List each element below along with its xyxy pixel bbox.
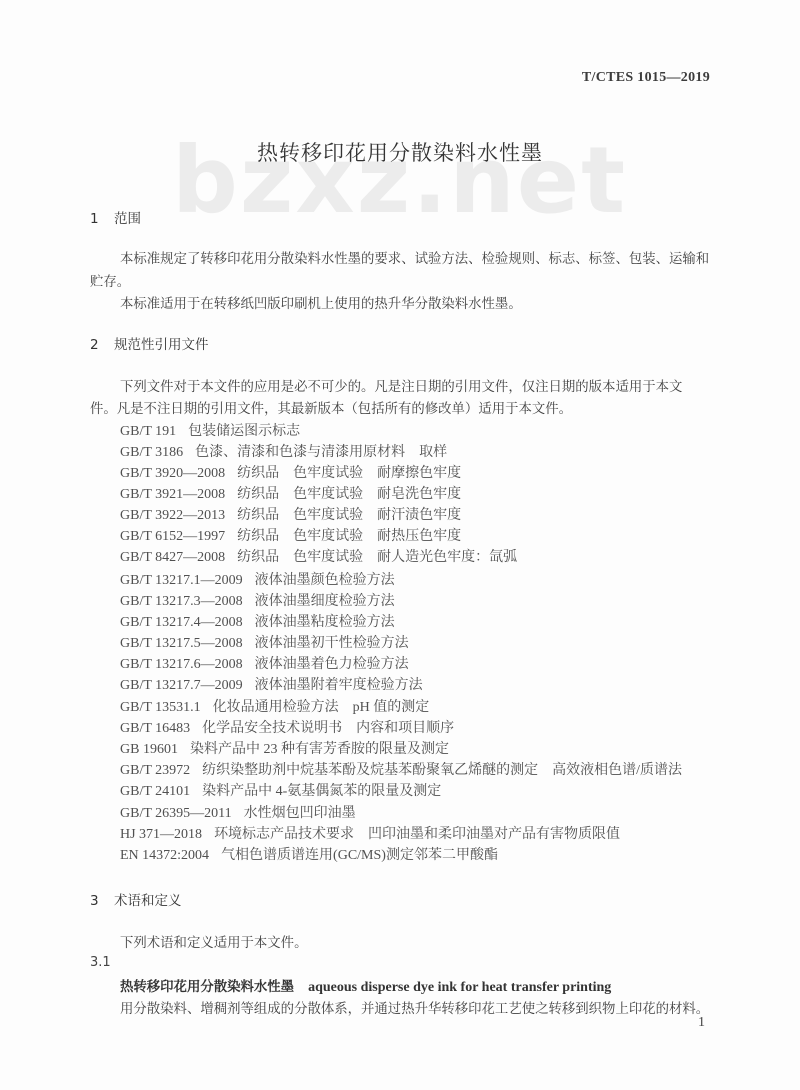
reference-title: 环境标志产品技术要求 凹印油墨和柔印油墨对产品有害物质限值: [214, 827, 620, 842]
paragraph: 本标准规定了转移印花用分散染料水性墨的要求、试验方法、检验规则、标志、标签、包装…: [120, 248, 709, 267]
section-number: 3: [90, 893, 114, 909]
reference-item: GB/T 13217.7—2009液体油墨附着牢度检验方法: [120, 674, 423, 694]
reference-item: GB/T 191包装储运图示标志: [120, 420, 300, 440]
reference-item: GB/T 3922—2013纺织品 色牢度试验 耐汗渍色牢度: [120, 504, 461, 524]
reference-item: EN 14372:2004气相色谱质谱连用(GC/MS)测定邻苯二甲酸酯: [120, 844, 498, 864]
reference-title: 液体油墨细度检验方法: [255, 594, 395, 609]
reference-title: 化学品安全技术说明书 内容和项目顺序: [202, 721, 454, 736]
reference-item: GB/T 24101染料产品中 4-氨基偶氮苯的限量及测定: [120, 780, 441, 800]
reference-item: GB/T 13217.4—2008液体油墨粘度检验方法: [120, 611, 395, 631]
reference-title: 纺织品 色牢度试验 耐汗渍色牢度: [237, 508, 461, 523]
section-title: 规范性引用文件: [114, 337, 209, 353]
reference-item: GB/T 13217.5—2008液体油墨初干性检验方法: [120, 632, 409, 652]
reference-code: GB/T 16483: [120, 721, 190, 737]
reference-title: 纺织品 色牢度试验 耐热压色牢度: [237, 529, 461, 544]
reference-code: GB/T 13217.4—2008: [120, 615, 243, 631]
reference-code: GB/T 3921—2008: [120, 487, 225, 503]
reference-item: GB/T 8427—2008纺织品 色牢度试验 耐人造光色牢度：氙弧: [120, 546, 517, 566]
reference-title: 液体油墨粘度检验方法: [255, 615, 395, 630]
paragraph-continued: 件。凡是不注日期的引用文件，其最新版本（包括所有的修改单）适用于本文件。: [90, 398, 572, 417]
section-2-heading: 2规范性引用文件: [90, 333, 209, 353]
reference-title: 水性烟包凹印油墨: [244, 806, 356, 821]
reference-code: GB/T 13531.1: [120, 700, 201, 716]
reference-code: GB/T 6152—1997: [120, 529, 225, 545]
reference-code: GB/T 26395—2011: [120, 806, 232, 822]
term-number: 3.1: [90, 955, 111, 970]
reference-code: GB/T 13217.5—2008: [120, 636, 243, 652]
reference-code: GB/T 24101: [120, 784, 190, 800]
reference-title: 染料产品中 23 种有害芳香胺的限量及测定: [190, 742, 449, 757]
term-chinese: 热转移印花用分散染料水性墨: [120, 980, 294, 995]
reference-title: 染料产品中 4-氨基偶氮苯的限量及测定: [202, 784, 441, 799]
reference-code: EN 14372:2004: [120, 848, 209, 864]
reference-code: GB/T 8427—2008: [120, 550, 225, 566]
reference-code: GB/T 3186: [120, 445, 183, 461]
reference-item: GB/T 23972纺织染整助剂中烷基苯酚及烷基苯酚聚氧乙烯醚的测定 高效液相色…: [120, 759, 682, 779]
reference-item: GB/T 26395—2011水性烟包凹印油墨: [120, 802, 356, 822]
reference-code: GB/T 3920—2008: [120, 466, 225, 482]
reference-item: GB/T 13217.6—2008液体油墨着色力检验方法: [120, 653, 409, 673]
section-1-heading: 1范围: [90, 207, 141, 227]
reference-title: 液体油墨初干性检验方法: [255, 636, 409, 651]
reference-title: 液体油墨颜色检验方法: [255, 573, 395, 588]
reference-code: GB/T 13217.6—2008: [120, 657, 243, 673]
reference-code: GB/T 3922—2013: [120, 508, 225, 524]
term-heading: 热转移印花用分散染料水性墨aqueous disperse dye ink fo…: [120, 976, 611, 996]
section-3-heading: 3术语和定义: [90, 889, 182, 909]
reference-item: GB 19601染料产品中 23 种有害芳香胺的限量及测定: [120, 738, 449, 758]
reference-title: 色漆、清漆和色漆与清漆用原材料 取样: [195, 445, 447, 460]
section-title: 术语和定义: [114, 893, 182, 909]
paragraph: 下列文件对于本文件的应用是必不可少的。凡是注日期的引用文件，仅注日期的版本适用于…: [120, 376, 682, 395]
reference-item: GB/T 13217.1—2009液体油墨颜色检验方法: [120, 569, 395, 589]
reference-title: 液体油墨着色力检验方法: [255, 657, 409, 672]
reference-code: GB/T 23972: [120, 763, 190, 779]
term-english: aqueous disperse dye ink for heat transf…: [308, 980, 611, 995]
reference-code: GB/T 191: [120, 424, 176, 440]
reference-title: 包装储运图示标志: [188, 424, 300, 439]
paragraph: 下列术语和定义适用于本文件。: [120, 932, 307, 951]
document-title: 热转移印花用分散染料水性墨: [0, 137, 800, 167]
reference-title: 化妆品通用检验方法 pH 值的测定: [213, 700, 430, 715]
reference-code: GB 19601: [120, 742, 178, 758]
reference-code: GB/T 13217.3—2008: [120, 594, 243, 610]
reference-code: HJ 371—2018: [120, 827, 202, 843]
reference-title: 纺织品 色牢度试验 耐皂洗色牢度: [237, 487, 461, 502]
reference-title: 液体油墨附着牢度检验方法: [255, 678, 423, 693]
page-number: 1: [698, 1015, 705, 1031]
reference-item: HJ 371—2018环境标志产品技术要求 凹印油墨和柔印油墨对产品有害物质限值: [120, 823, 620, 843]
section-number: 1: [90, 211, 114, 227]
section-number: 2: [90, 337, 114, 353]
document-code: T/CTES 1015—2019: [582, 70, 710, 86]
reference-item: GB/T 13531.1化妆品通用检验方法 pH 值的测定: [120, 696, 429, 716]
term-definition: 用分散染料、增稠剂等组成的分散体系，并通过热升华转移印花工艺使之转移到织物上印花…: [120, 998, 709, 1017]
reference-title: 纺织品 色牢度试验 耐摩擦色牢度: [237, 466, 461, 481]
reference-code: GB/T 13217.1—2009: [120, 573, 243, 589]
section-title: 范围: [114, 211, 141, 227]
reference-item: GB/T 3920—2008纺织品 色牢度试验 耐摩擦色牢度: [120, 462, 461, 482]
reference-title: 纺织品 色牢度试验 耐人造光色牢度：氙弧: [237, 550, 517, 565]
paragraph: 本标准适用于在转移纸凹版印刷机上使用的热升华分散染料水性墨。: [120, 293, 522, 312]
reference-title: 气相色谱质谱连用(GC/MS)测定邻苯二甲酸酯: [221, 848, 498, 863]
reference-item: GB/T 3186色漆、清漆和色漆与清漆用原材料 取样: [120, 441, 447, 461]
document-page: T/CTES 1015—2019 bzxz.net 热转移印花用分散染料水性墨 …: [0, 0, 800, 1090]
reference-item: GB/T 16483化学品安全技术说明书 内容和项目顺序: [120, 717, 454, 737]
paragraph-continued: 贮存。: [90, 271, 130, 290]
reference-item: GB/T 6152—1997纺织品 色牢度试验 耐热压色牢度: [120, 525, 461, 545]
reference-item: GB/T 13217.3—2008液体油墨细度检验方法: [120, 590, 395, 610]
reference-item: GB/T 3921—2008纺织品 色牢度试验 耐皂洗色牢度: [120, 483, 461, 503]
reference-title: 纺织染整助剂中烷基苯酚及烷基苯酚聚氧乙烯醚的测定 高效液相色谱/质谱法: [202, 763, 682, 778]
reference-code: GB/T 13217.7—2009: [120, 678, 243, 694]
